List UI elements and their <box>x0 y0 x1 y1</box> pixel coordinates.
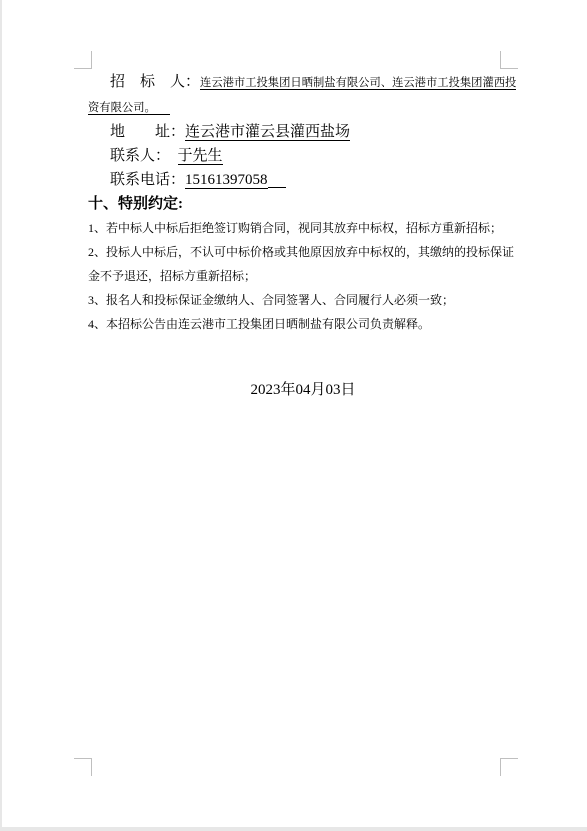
text-boundary-mark-top-right <box>500 51 518 69</box>
tenderer-label: 招 标 人： <box>110 74 200 90</box>
document-page[interactable]: 招 标 人：连云港市工投集团日晒制盐有限公司、连云港市工投集团灌西投资有限公司。… <box>2 0 587 827</box>
special-terms-item-2: 2、投标人中标后，不认可中标价格或其他原因放弃中标权的，其缴纳的投标保证金不予退… <box>88 240 518 288</box>
document-viewer: { "page": { "background_color": "#e7e7e7… <box>0 0 587 831</box>
paragraph-tenderer: 招 标 人：连云港市工投集团日晒制盐有限公司、连云港市工投集团灌西投资有限公司。 <box>88 70 518 120</box>
special-terms-item-3: 3、报名人和投标保证金缴纳人、合同签署人、合同履行人必须一致； <box>88 288 518 312</box>
paragraph-contact-person: 联系人： 于先生 <box>88 144 518 168</box>
paragraph-address: 地 址：连云港市灌云县灌西盐场 <box>88 120 518 144</box>
address-value: 连云港市灌云县灌西盐场 <box>185 124 350 141</box>
text-boundary-mark-bottom-left <box>74 758 92 776</box>
paragraph-phone: 联系电话：15161397058 <box>88 168 518 192</box>
special-terms-item-1: 1、若中标人中标后拒绝签订购销合同，视同其放弃中标权，招标方重新招标； <box>88 216 518 240</box>
contact-person-label: 联系人： <box>110 148 178 164</box>
special-terms-heading: 十、特别约定: <box>88 192 518 216</box>
address-label: 地 址： <box>110 124 185 140</box>
phone-value: 15161397058 <box>185 172 268 189</box>
phone-underline-pad <box>268 187 286 188</box>
contact-person-value: 于先生 <box>178 148 223 165</box>
document-text-area: 招 标 人：连云港市工投集团日晒制盐有限公司、连云港市工投集团灌西投资有限公司。… <box>88 70 518 402</box>
special-terms-item-4: 4、本招标公告由连云港市工投集团日晒制盐有限公司负责解释。 <box>88 312 518 336</box>
document-date: 2023年04月03日 <box>88 378 518 402</box>
phone-label: 联系电话： <box>110 172 185 188</box>
tenderer-underline-pad <box>156 114 170 115</box>
text-boundary-mark-top-left <box>74 51 92 69</box>
text-boundary-mark-bottom-right <box>500 758 518 776</box>
